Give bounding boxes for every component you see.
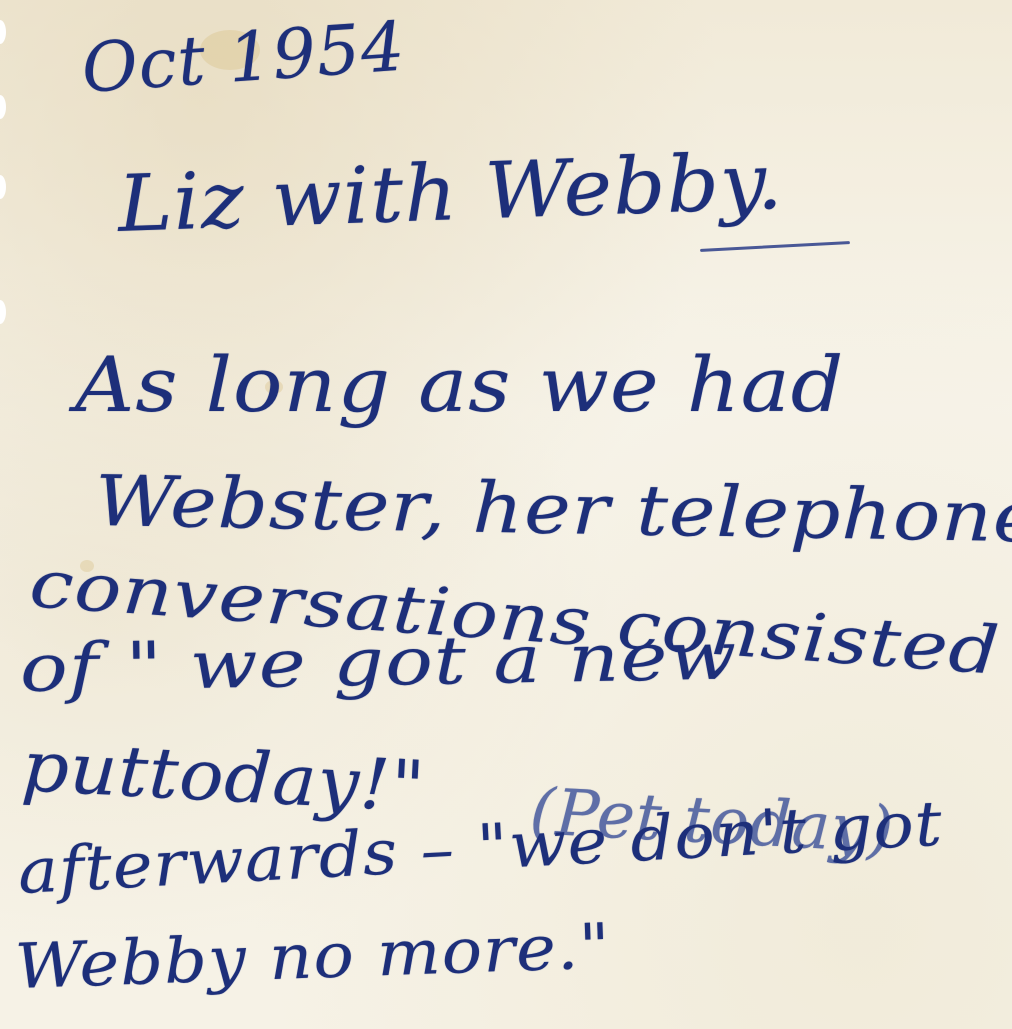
note-line-1: As long as we had <box>75 340 844 429</box>
note-caption: Liz with Webby. <box>116 137 785 250</box>
note-line-5: puttoday!" <box>20 725 428 828</box>
note-line-7: Webby no more." <box>14 909 612 1003</box>
deckled-edge <box>0 0 6 1029</box>
caption-underline <box>700 241 850 252</box>
note-line-4: of " we got a new <box>19 617 738 707</box>
note-date: Oct 1954 <box>79 8 408 109</box>
handwritten-note-page: Oct 1954 Liz with Webby. As long as we h… <box>0 0 1012 1029</box>
note-line-2: Webster, her telephone <box>94 460 1012 558</box>
